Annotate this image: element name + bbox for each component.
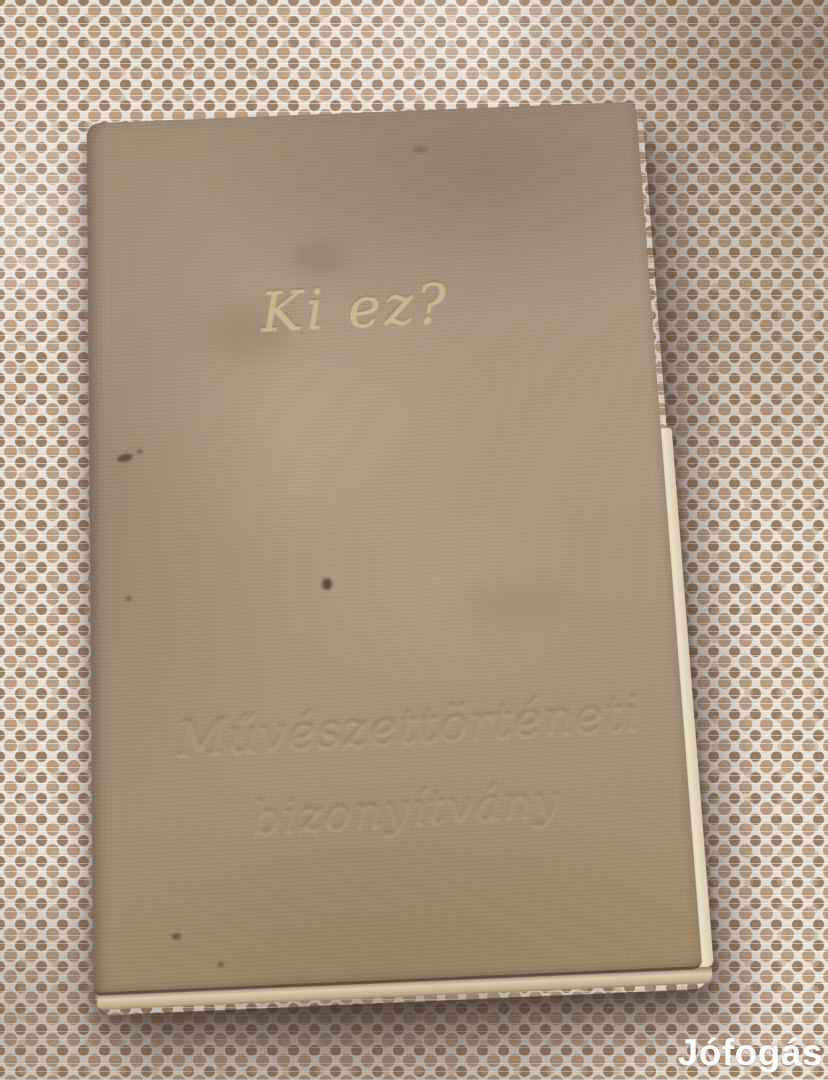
jofogas-watermark: Jófogás: [678, 1032, 823, 1074]
cover-stain: [291, 242, 350, 272]
cover-stain: [126, 596, 132, 601]
embossed-title: Ki ez?: [58, 261, 653, 354]
book-cover: Ki ez? Művészettörténeti bizonyítvány: [87, 102, 703, 996]
cover-stain: [453, 578, 577, 629]
cover-stain: [414, 146, 428, 153]
cover-stain: [137, 449, 143, 453]
book: Ki ez? Művészettörténeti bizonyítvány: [87, 102, 703, 996]
cover-stain: [116, 452, 133, 463]
embossed-script-line2: bizonyítvány: [92, 767, 692, 856]
book-photo: Ki ez? Művészettörténeti bizonyítvány Jó…: [0, 0, 828, 1080]
cover-stain: [172, 933, 182, 940]
cover-stain: [322, 578, 332, 590]
cover-stain: [205, 308, 294, 359]
embossed-script-line1: Művészettörténeti: [91, 683, 685, 773]
cover-stain: [217, 962, 223, 968]
